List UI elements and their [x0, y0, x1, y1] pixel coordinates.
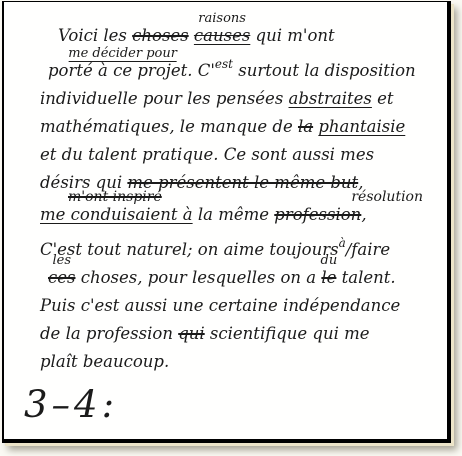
- text-segment: ,: [361, 205, 366, 224]
- text-segment: projet. C': [132, 61, 215, 80]
- text-segment: surtout la disposition: [233, 61, 416, 80]
- manuscript-line: Puis c'est aussi une certaine indépendan…: [40, 292, 429, 320]
- text-segment: talent.: [336, 268, 395, 287]
- text-segment: profession: [274, 205, 361, 224]
- text-segment: de la profession: [40, 324, 178, 343]
- inserted-word: les: [52, 254, 71, 267]
- text-segment: phantaisie: [318, 117, 405, 136]
- text-segment: ceme décider pour: [113, 61, 132, 80]
- text-segment: qui m'ont: [250, 26, 334, 45]
- manuscript-line: me conduisaient à la même profession,: [40, 201, 429, 229]
- text-segment: ledu: [321, 268, 336, 287]
- manuscript-line: porté à ceme décider pour projet. C'est …: [40, 50, 429, 85]
- text-segment: mathématiques, le manque de: [40, 117, 298, 136]
- text-segment: et du talent pratique. Ce sont aussi mes: [40, 145, 374, 164]
- text-segment: Voici les: [58, 26, 132, 45]
- text-segment: m'ont inspiré: [68, 190, 162, 204]
- text-segment: ∕faire: [346, 240, 390, 259]
- manuscript-line: cesles choses, pour lesquelles on a ledu…: [40, 264, 429, 292]
- text-segment: cesles: [48, 268, 75, 287]
- text-segment: abstraites: [289, 89, 372, 108]
- text-segment: qui: [178, 324, 204, 343]
- text-segment: choses: [132, 26, 189, 45]
- text-segment: C'est tout naturel; on aime toujours: [40, 240, 339, 259]
- text-segment: scientifique qui me: [205, 324, 370, 343]
- scanned-image: Voici les choses causesraisons qui m'ont…: [0, 0, 462, 456]
- manuscript-line: plaît beaucoup.: [40, 348, 429, 376]
- inserted-word: du: [321, 254, 338, 267]
- inserted-word: me décider pour: [68, 47, 177, 62]
- text-segment: et: [372, 89, 394, 108]
- text-segment: porté à: [48, 61, 113, 80]
- text-segment: causesraisons: [194, 26, 250, 45]
- manuscript-line: individuelle pour les pensées abstraites…: [40, 85, 429, 113]
- text-segment: la même: [193, 205, 275, 224]
- text-segment: choses, pour lesquelles on a: [75, 268, 321, 287]
- text-segment: résolution: [351, 190, 423, 204]
- text-segment: à: [339, 236, 346, 250]
- text-segment: est: [215, 57, 233, 71]
- manuscript-page: Voici les choses causesraisons qui m'ont…: [2, 1, 451, 443]
- manuscript-line: de la profession qui scientifique qui me: [40, 320, 429, 348]
- inserted-word: raisons: [198, 12, 246, 25]
- text-segment: individuelle pour les pensées: [40, 89, 289, 108]
- text-segment: me présentent le même but: [127, 173, 358, 192]
- manuscript-line: mathématiques, le manque de la phantaisi…: [40, 113, 429, 141]
- grade-mark: 3–4:: [24, 384, 447, 426]
- text-segment: me conduisaient à: [40, 205, 193, 224]
- manuscript-line: C'est tout naturel; on aime toujoursà∕fa…: [40, 229, 429, 264]
- manuscript-line: et du talent pratique. Ce sont aussi mes: [40, 141, 429, 169]
- text-segment: plaît beaucoup.: [40, 352, 169, 371]
- text-segment: la: [298, 117, 313, 136]
- text-segment: Puis c'est aussi une certaine indépendan…: [40, 296, 400, 315]
- handwritten-text: Voici les choses causesraisons qui m'ont…: [4, 2, 447, 376]
